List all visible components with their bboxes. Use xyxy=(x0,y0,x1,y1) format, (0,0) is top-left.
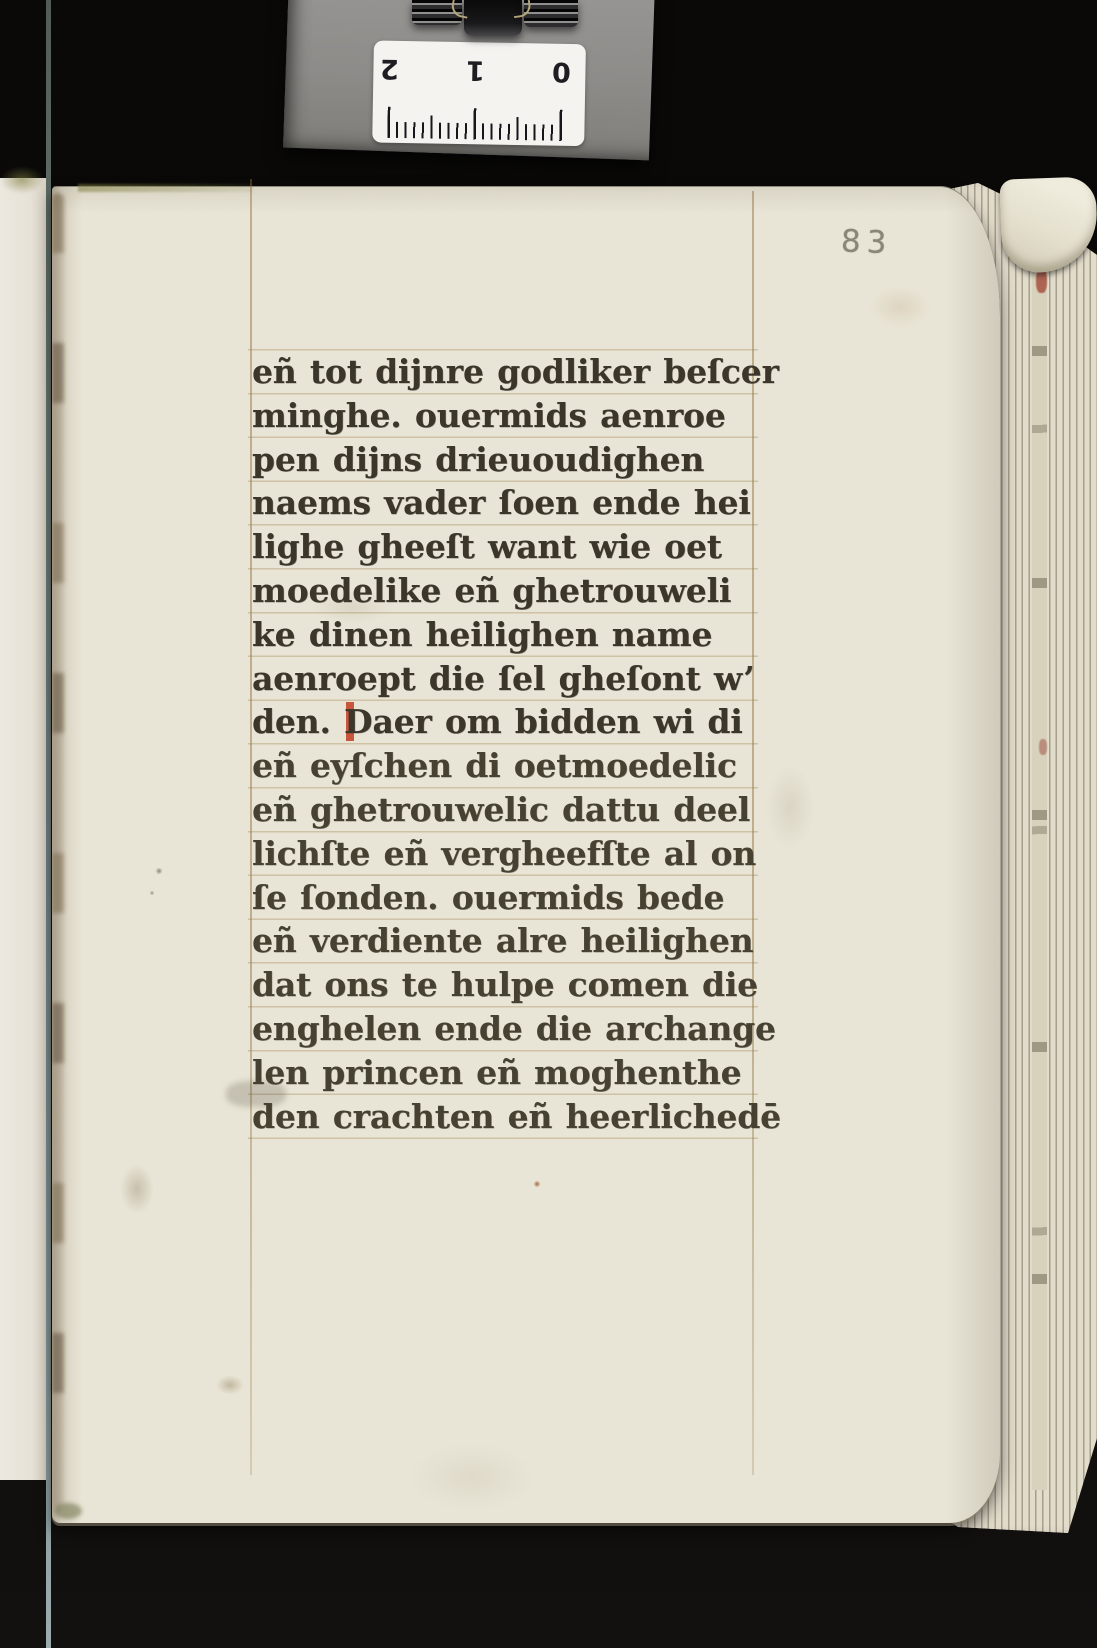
ruler-label-0: 0 xyxy=(549,56,574,87)
text-line: len princen eñ moghenthe xyxy=(252,1051,768,1095)
manuscript-page: eñ tot dijnre godliker beſcerminghe. oue… xyxy=(52,186,1000,1523)
text-line: lichſte eñ vergheefſte al on xyxy=(252,832,768,876)
text-line: eñ ghetrouwelic dattu deel xyxy=(252,788,768,832)
ruler-label-2: 2 xyxy=(377,53,402,84)
text-line: eñ eyſchen di oetmoedelic xyxy=(252,744,768,788)
inner-page-glimpse-strip xyxy=(1032,228,1047,1490)
text-line: lighe gheeſt want wie oet xyxy=(252,525,768,569)
text-line: eñ tot dijnre godliker beſcer xyxy=(252,350,768,394)
text-line: moedelike eñ ghetrouweli xyxy=(252,569,768,613)
binder-clip-right xyxy=(524,0,578,27)
ruler-cm-ticks xyxy=(387,107,567,141)
inner-page-red-rubric-glimpse xyxy=(1036,269,1047,293)
text-line: enghelen ende die archange xyxy=(252,1007,768,1051)
text-line: den. Daer om bidden wi di xyxy=(252,700,768,744)
text-line: pen dijns drieuoudighen xyxy=(252,438,768,482)
ruler-sticker: 2 1 0 xyxy=(372,41,586,147)
page-number: 83 xyxy=(840,223,931,262)
text-line: aenroept die ſel gheſont w’ xyxy=(252,657,768,701)
text-line: naems vader ſoen ende hei xyxy=(252,481,768,525)
facing-page-edge xyxy=(0,178,46,1480)
ruler-label-1: 1 xyxy=(463,54,488,85)
text-line: minghe. ouermids aenroe xyxy=(252,394,768,438)
text-line: ſe ſonden. ouermids bede xyxy=(252,876,768,920)
rubric-initial: D xyxy=(344,702,372,741)
gutter-stain xyxy=(52,193,64,1509)
text-segment: den. xyxy=(252,702,344,741)
text-line: den crachten eñ heerlichedē xyxy=(252,1095,768,1139)
text-line: ke dinen heilighen name xyxy=(252,613,768,657)
text-line: dat ons te hulpe comen die xyxy=(252,963,768,1007)
show-through-ink-mark xyxy=(226,1081,286,1107)
text-block: eñ tot dijnre godliker beſcerminghe. oue… xyxy=(252,350,768,1138)
photo-stage: eñ tot dijnre godliker beſcerminghe. oue… xyxy=(0,0,1097,1648)
text-segment: aer om bidden wi di xyxy=(372,702,742,741)
spine-endband xyxy=(0,166,44,194)
ruler-tick-scale xyxy=(387,104,567,141)
inner-page-red-rubric-glimpse xyxy=(1039,739,1047,755)
glass-cradle-edge xyxy=(46,0,51,1648)
bottom-left-corner-stain xyxy=(54,1503,82,1519)
text-line: eñ verdiente alre heilighen xyxy=(252,919,768,963)
page-top-edge-discoloration xyxy=(78,184,253,192)
